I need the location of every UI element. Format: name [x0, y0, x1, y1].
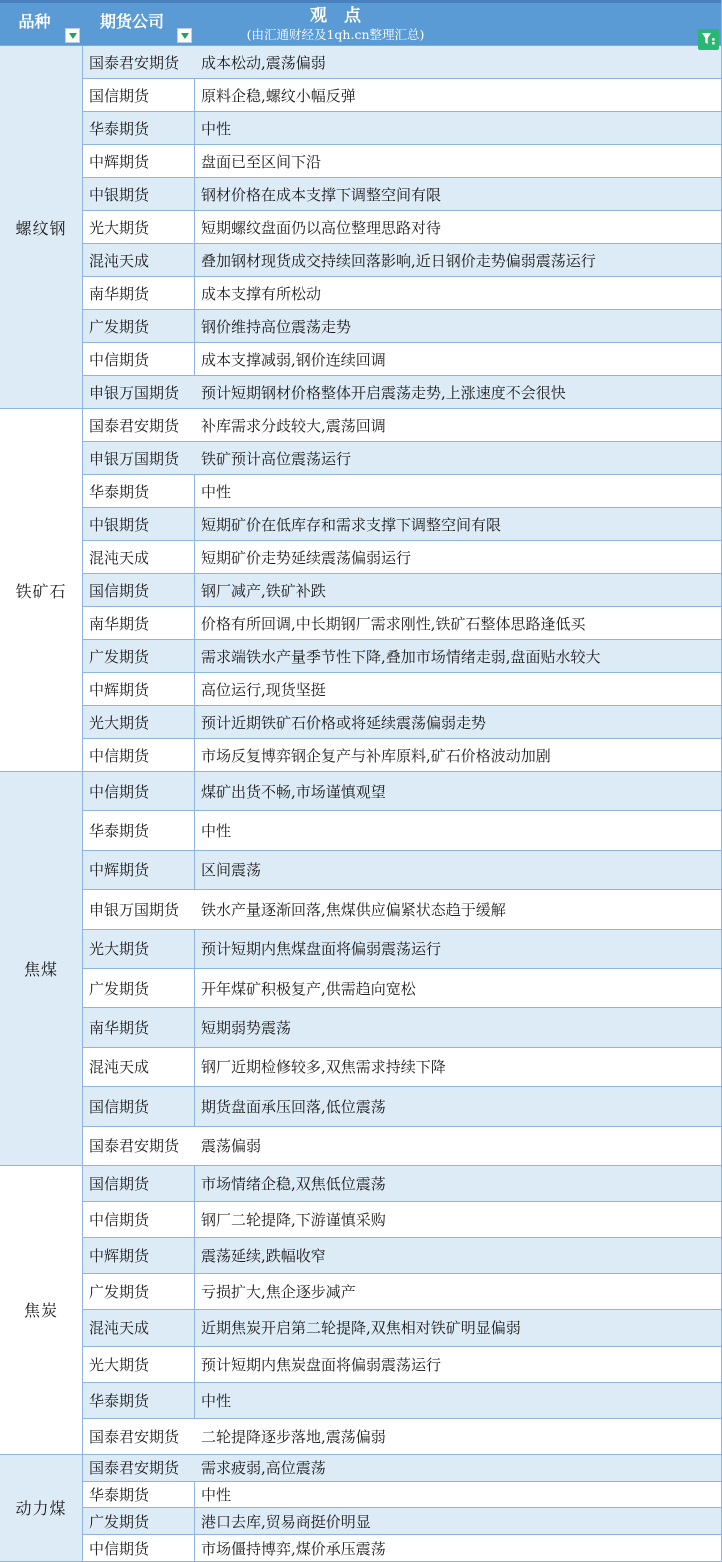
viewpoint-cell[interactable]: 成本松动,震荡偏弱 — [195, 46, 721, 78]
viewpoint-cell[interactable]: 亏损扩大,焦企逐步减产 — [195, 1274, 721, 1309]
viewpoint-cell[interactable]: 铁矿预计高位震荡运行 — [195, 442, 721, 474]
table-row: 中辉期货高位运行,现货坚挺 — [83, 673, 721, 706]
table-row: 国泰君安期货需求疲弱,高位震荡 — [83, 1455, 721, 1482]
table-row: 申银万国期货铁矿预计高位震荡运行 — [83, 442, 721, 475]
company-cell[interactable]: 申银万国期货 — [83, 442, 195, 474]
table-row: 中信期货市场反复博弈钢企复产与补库原料,矿石价格波动加剧 — [83, 739, 721, 772]
viewpoint-cell[interactable]: 市场情绪企稳,双焦低位震荡 — [195, 1166, 721, 1201]
viewpoint-cell[interactable]: 开年煤矿积极复产,供需趋向宽松 — [195, 969, 721, 1007]
commodity-section: 动力煤国泰君安期货需求疲弱,高位震荡华泰期货中性广发期货港口去库,贸易商挺价明显… — [0, 1455, 721, 1562]
table-row: 国信期货市场情绪企稳,双焦低位震荡 — [83, 1166, 721, 1202]
viewpoint-cell[interactable]: 需求疲弱,高位震荡 — [195, 1455, 721, 1481]
viewpoint-cell[interactable]: 钢厂近期检修较多,双焦需求持续下降 — [195, 1048, 721, 1086]
table-body: 螺纹钢国泰君安期货成本松动,震荡偏弱国信期货原料企稳,螺纹小幅反弹华泰期货中性中… — [0, 46, 721, 1562]
company-cell[interactable]: 华泰期货 — [83, 475, 195, 507]
viewpoint-cell[interactable]: 短期矿价走势延续震荡偏弱运行 — [195, 541, 721, 573]
viewpoint-cell[interactable]: 市场僵持博弈,煤价承压震荡 — [195, 1535, 721, 1561]
table-row: 南华期货短期弱势震荡 — [83, 1008, 721, 1047]
viewpoint-cell[interactable]: 市场反复博弈钢企复产与补库原料,矿石价格波动加剧 — [195, 739, 721, 771]
viewpoint-cell[interactable]: 成本支撑减弱,钢价连续回调 — [195, 343, 721, 375]
viewpoint-cell[interactable]: 价格有所回调,中长期钢厂需求刚性,铁矿石整体思路逢低买 — [195, 607, 721, 639]
company-cell[interactable]: 南华期货 — [83, 607, 195, 639]
viewpoint-cell[interactable]: 预计短期内焦煤盘面将偏弱震荡运行 — [195, 930, 721, 968]
table-row: 中辉期货区间震荡 — [83, 851, 721, 890]
company-cell[interactable]: 光大期货 — [83, 930, 195, 968]
viewpoint-cell[interactable]: 近期焦炭开启第二轮提降,双焦相对铁矿明显偏弱 — [195, 1310, 721, 1345]
sheet-filter-button[interactable] — [698, 29, 719, 50]
table-row: 华泰期货中性 — [83, 1482, 721, 1509]
company-cell[interactable]: 国泰君安期货 — [83, 409, 195, 441]
viewpoint-cell[interactable]: 短期矿价在低库存和需求支撑下调整空间有限 — [195, 508, 721, 540]
company-cell[interactable]: 国泰君安期货 — [83, 1455, 195, 1481]
viewpoint-cell[interactable]: 预计近期铁矿石价格或将延续震荡偏弱走势 — [195, 706, 721, 738]
company-cell[interactable]: 国信期货 — [83, 79, 195, 111]
company-cell[interactable]: 光大期货 — [83, 211, 195, 243]
company-cell[interactable]: 国泰君安期货 — [83, 46, 195, 78]
table-row: 中银期货短期矿价在低库存和需求支撑下调整空间有限 — [83, 508, 721, 541]
company-cell[interactable]: 中银期货 — [83, 508, 195, 540]
table-row: 中信期货煤矿出货不畅,市场谨慎观望 — [83, 772, 721, 811]
table-row: 混沌天成近期焦炭开启第二轮提降,双焦相对铁矿明显偏弱 — [83, 1310, 721, 1346]
table-header-row: 品种 期货公司 观 点 (由汇通财经及1qh.cn整理汇总) — [0, 0, 721, 46]
company-cell[interactable]: 混沌天成 — [83, 244, 195, 276]
variety-cell[interactable]: 焦煤 — [0, 772, 83, 1166]
section-rows: 国泰君安期货补库需求分歧较大,震荡回调申银万国期货铁矿预计高位震荡运行华泰期货中… — [83, 409, 721, 772]
viewpoint-cell[interactable]: 二轮提降逐步落地,震荡偏弱 — [195, 1419, 721, 1454]
viewpoint-cell[interactable]: 中性 — [195, 1482, 721, 1508]
viewpoint-cell[interactable]: 震荡延续,跌幅收窄 — [195, 1238, 721, 1273]
company-cell[interactable]: 南华期货 — [83, 1008, 195, 1046]
viewpoint-cell[interactable]: 短期螺纹盘面仍以高位整理思路对待 — [195, 211, 721, 243]
company-cell[interactable]: 混沌天成 — [83, 1048, 195, 1086]
table-row: 国泰君安期货成本松动,震荡偏弱 — [83, 46, 721, 79]
company-cell[interactable]: 广发期货 — [83, 640, 195, 672]
spreadsheet: 品种 期货公司 观 点 (由汇通财经及1qh.cn整理汇总) 螺纹钢国泰君安期货… — [0, 0, 722, 1562]
company-cell[interactable]: 广发期货 — [83, 1274, 195, 1309]
company-cell[interactable]: 申银万国期货 — [83, 376, 195, 408]
header-cell-viewpoint: 观 点 (由汇通财经及1qh.cn整理汇总) — [0, 3, 671, 45]
table-row: 广发期货需求端铁水产量季节性下降,叠加市场情绪走弱,盘面贴水较大 — [83, 640, 721, 673]
viewpoint-cell[interactable]: 成本支撑有所松动 — [195, 277, 721, 309]
company-cell[interactable]: 华泰期货 — [83, 112, 195, 144]
company-cell[interactable]: 中信期货 — [83, 739, 195, 771]
viewpoint-cell[interactable]: 中性 — [195, 1383, 721, 1418]
viewpoint-cell[interactable]: 区间震荡 — [195, 851, 721, 889]
table-row: 中银期货钢材价格在成本支撑下调整空间有限 — [83, 178, 721, 211]
variety-cell[interactable]: 焦炭 — [0, 1166, 83, 1455]
table-row: 光大期货预计近期铁矿石价格或将延续震荡偏弱走势 — [83, 706, 721, 739]
company-cell[interactable]: 华泰期货 — [83, 1482, 195, 1508]
company-cell[interactable]: 国信期货 — [83, 1166, 195, 1201]
commodity-section: 焦炭国信期货市场情绪企稳,双焦低位震荡中信期货钢厂二轮提降,下游谨慎采购中辉期货… — [0, 1166, 721, 1455]
viewpoint-cell[interactable]: 预计短期钢材价格整体开启震荡走势,上涨速度不会很快 — [195, 376, 721, 408]
table-row: 光大期货预计短期内焦煤盘面将偏弱震荡运行 — [83, 930, 721, 969]
variety-cell[interactable]: 动力煤 — [0, 1455, 83, 1562]
viewpoint-cell[interactable]: 需求端铁水产量季节性下降,叠加市场情绪走弱,盘面贴水较大 — [195, 640, 721, 672]
company-cell[interactable]: 广发期货 — [83, 310, 195, 342]
table-row: 国信期货原料企稳,螺纹小幅反弹 — [83, 79, 721, 112]
company-cell[interactable]: 国泰君安期货 — [83, 1127, 195, 1165]
table-row: 国泰君安期货震荡偏弱 — [83, 1127, 721, 1166]
table-row: 混沌天成叠加钢材现货成交持续回落影响,近日钢价走势偏弱震荡运行 — [83, 244, 721, 277]
company-cell[interactable]: 中信期货 — [83, 772, 195, 810]
table-row: 中信期货钢厂二轮提降,下游谨慎采购 — [83, 1202, 721, 1238]
viewpoint-cell[interactable]: 补库需求分歧较大,震荡回调 — [195, 409, 721, 441]
viewpoint-cell[interactable]: 煤矿出货不畅,市场谨慎观望 — [195, 772, 721, 810]
viewpoint-cell[interactable]: 期货盘面承压回落,低位震荡 — [195, 1087, 721, 1125]
viewpoint-cell[interactable]: 叠加钢材现货成交持续回落影响,近日钢价走势偏弱震荡运行 — [195, 244, 721, 276]
table-row: 中辉期货盘面已至区间下沿 — [83, 145, 721, 178]
section-rows: 国泰君安期货成本松动,震荡偏弱国信期货原料企稳,螺纹小幅反弹华泰期货中性中辉期货… — [83, 46, 721, 409]
company-cell[interactable]: 国泰君安期货 — [83, 1419, 195, 1454]
section-rows: 中信期货煤矿出货不畅,市场谨慎观望华泰期货中性中辉期货区间震荡申银万国期货铁水产… — [83, 772, 721, 1166]
company-cell[interactable]: 中辉期货 — [83, 851, 195, 889]
table-row: 中辉期货震荡延续,跌幅收窄 — [83, 1238, 721, 1274]
viewpoint-cell[interactable]: 预计短期内焦炭盘面将偏弱震荡运行 — [195, 1347, 721, 1382]
table-row: 国泰君安期货补库需求分歧较大,震荡回调 — [83, 409, 721, 442]
viewpoint-cell[interactable]: 盘面已至区间下沿 — [195, 145, 721, 177]
funnel-filter-icon — [701, 32, 716, 47]
viewpoint-cell[interactable]: 震荡偏弱 — [195, 1127, 721, 1165]
variety-cell[interactable]: 螺纹钢 — [0, 46, 83, 409]
viewpoint-cell[interactable]: 原料企稳,螺纹小幅反弹 — [195, 79, 721, 111]
company-cell[interactable]: 中信期货 — [83, 1202, 195, 1237]
viewpoint-cell[interactable]: 中性 — [195, 475, 721, 507]
company-cell[interactable]: 中银期货 — [83, 178, 195, 210]
company-cell[interactable]: 混沌天成 — [83, 541, 195, 573]
company-cell[interactable]: 中信期货 — [83, 343, 195, 375]
company-cell[interactable]: 广发期货 — [83, 1508, 195, 1534]
table-row: 南华期货价格有所回调,中长期钢厂需求刚性,铁矿石整体思路逢低买 — [83, 607, 721, 640]
viewpoint-cell[interactable]: 钢材价格在成本支撑下调整空间有限 — [195, 178, 721, 210]
viewpoint-cell[interactable]: 中性 — [195, 811, 721, 849]
company-cell[interactable]: 中信期货 — [83, 1535, 195, 1561]
variety-cell[interactable]: 铁矿石 — [0, 409, 83, 772]
viewpoint-cell[interactable]: 钢厂二轮提降,下游谨慎采购 — [195, 1202, 721, 1237]
table-row: 国信期货期货盘面承压回落,低位震荡 — [83, 1087, 721, 1126]
commodity-section: 焦煤中信期货煤矿出货不畅,市场谨慎观望华泰期货中性中辉期货区间震荡申银万国期货铁… — [0, 772, 721, 1166]
company-cell[interactable]: 中辉期货 — [83, 1238, 195, 1273]
company-cell[interactable]: 光大期货 — [83, 706, 195, 738]
table-row: 广发期货钢价维持高位震荡走势 — [83, 310, 721, 343]
table-row: 中信期货成本支撑减弱,钢价连续回调 — [83, 343, 721, 376]
viewpoint-column-label: 观 点 — [0, 6, 671, 26]
company-cell[interactable]: 混沌天成 — [83, 1310, 195, 1345]
viewpoint-cell[interactable]: 短期弱势震荡 — [195, 1008, 721, 1046]
table-row: 南华期货成本支撑有所松动 — [83, 277, 721, 310]
company-cell[interactable]: 华泰期货 — [83, 1383, 195, 1418]
commodity-section: 螺纹钢国泰君安期货成本松动,震荡偏弱国信期货原料企稳,螺纹小幅反弹华泰期货中性中… — [0, 46, 721, 409]
company-cell[interactable]: 国信期货 — [83, 1087, 195, 1125]
company-cell[interactable]: 中辉期货 — [83, 673, 195, 705]
table-row: 华泰期货中性 — [83, 112, 721, 145]
company-cell[interactable]: 申银万国期货 — [83, 890, 195, 928]
table-row: 华泰期货中性 — [83, 811, 721, 850]
commodity-section: 铁矿石国泰君安期货补库需求分歧较大,震荡回调申银万国期货铁矿预计高位震荡运行华泰… — [0, 409, 721, 772]
table-row: 申银万国期货铁水产量逐渐回落,焦煤供应偏紧状态趋于缓解 — [83, 890, 721, 929]
viewpoint-source-subtitle: (由汇通财经及1qh.cn整理汇总) — [0, 26, 671, 43]
company-cell[interactable]: 光大期货 — [83, 1347, 195, 1382]
company-cell[interactable]: 华泰期货 — [83, 811, 195, 849]
table-row: 国信期货钢厂减产,铁矿补跌 — [83, 574, 721, 607]
company-cell[interactable]: 中辉期货 — [83, 145, 195, 177]
section-rows: 国信期货市场情绪企稳,双焦低位震荡中信期货钢厂二轮提降,下游谨慎采购中辉期货震荡… — [83, 1166, 721, 1455]
viewpoint-cell[interactable]: 港口去库,贸易商挺价明显 — [195, 1508, 721, 1534]
table-row: 中信期货市场僵持博弈,煤价承压震荡 — [83, 1535, 721, 1562]
table-row: 广发期货亏损扩大,焦企逐步减产 — [83, 1274, 721, 1310]
viewpoint-cell[interactable]: 铁水产量逐渐回落,焦煤供应偏紧状态趋于缓解 — [195, 890, 721, 928]
table-row: 国泰君安期货二轮提降逐步落地,震荡偏弱 — [83, 1419, 721, 1455]
table-row: 光大期货短期螺纹盘面仍以高位整理思路对待 — [83, 211, 721, 244]
table-row: 申银万国期货预计短期钢材价格整体开启震荡走势,上涨速度不会很快 — [83, 376, 721, 409]
viewpoint-cell[interactable]: 钢价维持高位震荡走势 — [195, 310, 721, 342]
company-cell[interactable]: 广发期货 — [83, 969, 195, 1007]
table-row: 混沌天成短期矿价走势延续震荡偏弱运行 — [83, 541, 721, 574]
table-row: 华泰期货中性 — [83, 1383, 721, 1419]
company-cell[interactable]: 国信期货 — [83, 574, 195, 606]
table-row: 广发期货开年煤矿积极复产,供需趋向宽松 — [83, 969, 721, 1008]
table-row: 华泰期货中性 — [83, 475, 721, 508]
viewpoint-cell[interactable]: 中性 — [195, 112, 721, 144]
viewpoint-cell[interactable]: 高位运行,现货坚挺 — [195, 673, 721, 705]
viewpoint-cell[interactable]: 钢厂减产,铁矿补跌 — [195, 574, 721, 606]
company-cell[interactable]: 南华期货 — [83, 277, 195, 309]
table-row: 混沌天成钢厂近期检修较多,双焦需求持续下降 — [83, 1048, 721, 1087]
section-rows: 国泰君安期货需求疲弱,高位震荡华泰期货中性广发期货港口去库,贸易商挺价明显中信期… — [83, 1455, 721, 1562]
table-row: 光大期货预计短期内焦炭盘面将偏弱震荡运行 — [83, 1347, 721, 1383]
table-row: 广发期货港口去库,贸易商挺价明显 — [83, 1508, 721, 1535]
